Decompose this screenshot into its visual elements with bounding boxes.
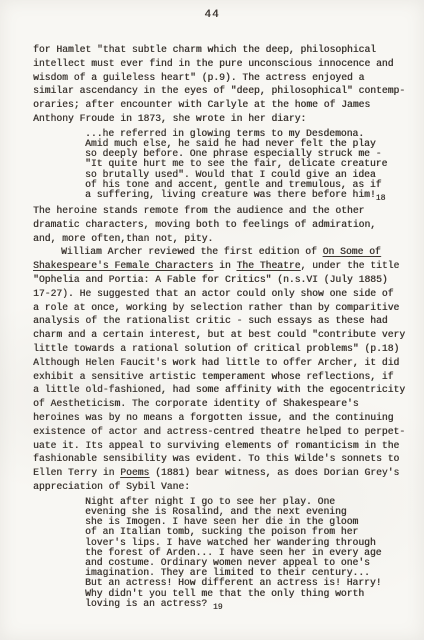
- text-line: appreciation of Sybil Vane:: [33, 480, 414, 494]
- text-line: "Ophelia and Portia: A Fable for Critics…: [33, 273, 414, 287]
- paragraph-heroine: The heroine stands remote from the audie…: [33, 204, 414, 245]
- underlined-title: Shakespeare's Female Characters: [33, 260, 213, 271]
- text-line: fashionable sensibility was evident. To …: [33, 452, 414, 466]
- text-line: The heroine stands remote from the audie…: [33, 204, 414, 218]
- text-line: a suffering, living creature was there b…: [85, 190, 414, 200]
- text-line: and, more often,than not, pity.: [33, 232, 414, 246]
- footnote-marker: 19: [213, 603, 223, 612]
- underlined-title: On Some of: [323, 246, 381, 257]
- text-line: little towards a rational solution of cr…: [33, 342, 414, 356]
- text-line: Anthony Froude in 1873, she wrote in her…: [33, 112, 414, 126]
- text-line: dramatic characters, moving both to feel…: [33, 218, 414, 232]
- text-line: William Archer reviewed the first editio…: [33, 245, 414, 259]
- text-line: intellect must ever find in the pure unc…: [33, 57, 414, 71]
- page-body: for Hamlet "that subtle charm which the …: [0, 43, 424, 609]
- text-line: Ellen Terry in Poems (1881) bear witness…: [33, 466, 414, 480]
- text-line: loving is an actress? 19: [85, 599, 414, 609]
- underlined-title: The Theatre: [236, 260, 300, 271]
- text-line: of Aestheticism. The corporate identity …: [33, 397, 414, 411]
- text-line: heroines was by no means a forgotten iss…: [33, 411, 414, 425]
- blockquote-diary: ...he referred in glowing terms to my De…: [85, 129, 414, 200]
- text-line: 17-27). He suggested that an actor could…: [33, 287, 414, 301]
- text-line: charm and a certain interest, but at bes…: [33, 328, 414, 342]
- text-line: for Hamlet "that subtle charm which the …: [33, 43, 414, 57]
- footnote-marker: 18: [376, 194, 386, 203]
- underlined-title: Poems: [120, 467, 149, 478]
- blockquote-dorian-grey: Night after night I go to see her play. …: [85, 497, 414, 609]
- text-line: similar ascendancy in the eyes of "deep,…: [33, 84, 414, 98]
- text-line: existence of actor and actress-centred t…: [33, 425, 414, 439]
- paragraph-hamlet: for Hamlet "that subtle charm which the …: [33, 43, 414, 126]
- paragraph-archer: William Archer reviewed the first editio…: [33, 245, 414, 493]
- page-number: 44: [0, 0, 424, 21]
- text-line: analysis of the rationalist critic - suc…: [33, 314, 414, 328]
- text-line: oraries; after encounter with Carlyle at…: [33, 98, 414, 112]
- text-line: a little old-fashioned, had some affinit…: [33, 383, 414, 397]
- text-line: exhibit a sensitive artistic temperament…: [33, 370, 414, 384]
- text-line: wisdom of a guileless heart" (p.9). The …: [33, 71, 414, 85]
- scanned-document-page: 44 for Hamlet "that subtle charm which t…: [0, 0, 424, 640]
- text-line: Although Helen Faucit's work had little …: [33, 356, 414, 370]
- text-line: a role at once, working by selection rat…: [33, 301, 414, 315]
- text-line: Shakespeare's Female Characters in The T…: [33, 259, 414, 273]
- text-line: uate it. Its appeal to surviving element…: [33, 439, 414, 453]
